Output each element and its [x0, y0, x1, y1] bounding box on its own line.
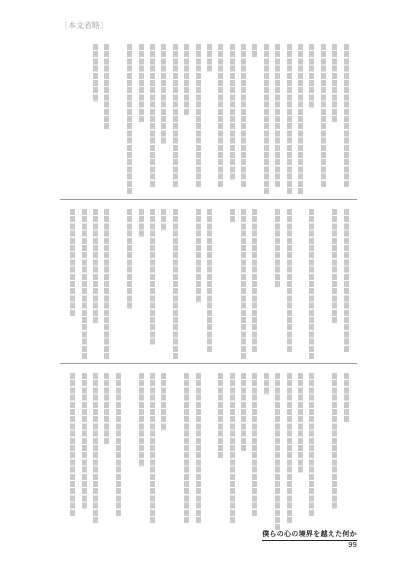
redacted-text-column: [306, 44, 317, 194]
redaction-bar: [207, 44, 212, 73]
redaction-bar: [252, 44, 257, 58]
redacted-text-column: [101, 44, 112, 194]
redaction-bar: [230, 373, 235, 524]
redaction-bar: [173, 209, 178, 360]
blank-line: [215, 209, 226, 359]
redaction-bar: [344, 44, 349, 188]
redaction-bar: [309, 209, 314, 360]
redacted-text-column: [181, 373, 192, 523]
redaction-bar: [70, 373, 75, 517]
redacted-text-column: [272, 44, 283, 194]
redaction-bar: [332, 209, 337, 324]
redacted-text-column: [295, 44, 306, 194]
redaction-bar: [161, 44, 166, 145]
redacted-text-column: [193, 44, 204, 194]
blank-line: [113, 44, 124, 194]
redacted-text-column: [204, 44, 215, 194]
redaction-bar: [82, 209, 87, 360]
redacted-text-column: [136, 209, 147, 359]
redacted-text-column: [261, 373, 272, 523]
redacted-text-column: [79, 373, 90, 523]
running-footer-title: 僕らの心の境界を越えた何か: [262, 529, 357, 541]
redaction-bar: [252, 209, 257, 353]
redacted-text-column: [249, 209, 260, 359]
redaction-bar: [230, 209, 235, 223]
redaction-bar: [139, 44, 144, 123]
redacted-text-column: [147, 373, 158, 523]
redaction-bar: [344, 209, 349, 353]
text-tier-bottom: [60, 373, 352, 523]
redacted-text-column: [227, 373, 238, 523]
redacted-text-column: [261, 44, 272, 194]
redacted-text-column: [318, 44, 329, 194]
redaction-bar: [93, 44, 98, 102]
redacted-text-column: [284, 44, 295, 194]
redacted-text-column: [147, 44, 158, 194]
tier-divider: [60, 199, 357, 200]
redaction-bar: [139, 209, 144, 238]
blank-line: [124, 373, 135, 523]
redaction-bar: [252, 373, 257, 517]
redaction-bar: [275, 44, 280, 188]
redacted-text-column: [124, 44, 135, 194]
redacted-text-column: [306, 373, 317, 523]
redacted-text-column: [90, 44, 101, 194]
redacted-text-column: [113, 373, 124, 523]
blank-line: [318, 209, 329, 359]
redacted-text-column: [238, 44, 249, 194]
redaction-bar: [150, 209, 155, 346]
redacted-text-column: [170, 209, 181, 359]
redaction-bar: [150, 373, 155, 524]
blank-line: [318, 373, 329, 523]
redaction-bar: [287, 44, 292, 195]
redacted-text-column: [101, 209, 112, 359]
redaction-bar: [104, 44, 109, 130]
redacted-text-column: [341, 373, 352, 523]
redacted-text-column: [67, 209, 78, 359]
redacted-text-column: [215, 44, 226, 194]
redacted-text-column: [193, 373, 204, 523]
redacted-text-column: [272, 373, 283, 523]
redaction-bar: [127, 44, 132, 195]
redaction-bar: [332, 373, 337, 510]
redaction-bar: [116, 373, 121, 517]
redaction-bar: [309, 373, 314, 517]
redacted-text-column: [306, 209, 317, 359]
blank-line: [204, 373, 215, 523]
blank-line: [113, 209, 124, 359]
redacted-text-column: [341, 209, 352, 359]
redaction-bar: [275, 209, 280, 288]
redacted-text-column: [238, 373, 249, 523]
redacted-text-column: [204, 209, 215, 359]
blank-line: [261, 209, 272, 359]
redaction-bar: [196, 209, 201, 303]
tier-divider: [60, 363, 357, 364]
redaction-bar: [321, 44, 326, 188]
redacted-text-column: [147, 209, 158, 359]
redacted-text-column: [181, 44, 192, 194]
redaction-bar: [241, 373, 246, 452]
redaction-bar: [196, 44, 201, 188]
redaction-bar: [161, 373, 166, 431]
redaction-bar: [150, 44, 155, 188]
redaction-bar: [93, 209, 98, 324]
redacted-text-column: [90, 373, 101, 523]
redacted-text-column: [124, 209, 135, 359]
redacted-text-column: [136, 373, 147, 523]
redacted-text-column: [341, 44, 352, 194]
redacted-text-column: [284, 209, 295, 359]
redaction-bar: [139, 373, 144, 467]
redaction-bar: [82, 373, 87, 510]
redaction-bar: [309, 44, 314, 109]
redaction-bar: [241, 209, 246, 360]
redacted-text-column: [193, 209, 204, 359]
redaction-bar: [184, 44, 189, 116]
redacted-text-column: [329, 44, 340, 194]
redaction-bar: [104, 373, 109, 445]
redaction-bar: [241, 44, 246, 188]
redacted-text-column: [215, 373, 226, 523]
redaction-bar: [298, 44, 303, 195]
redaction-bar: [173, 44, 178, 188]
redacted-text-column: [329, 209, 340, 359]
redacted-text-column: [67, 373, 78, 523]
redaction-bar: [218, 373, 223, 459]
redaction-bar: [344, 373, 349, 423]
redaction-bar: [218, 44, 223, 188]
redacted-text-column: [158, 209, 169, 359]
redaction-bar: [70, 209, 75, 317]
redaction-bar: [127, 209, 132, 310]
redacted-text-column: [90, 209, 101, 359]
redacted-text-column: [295, 373, 306, 523]
redacted-text-column: [238, 209, 249, 359]
redaction-bar: [230, 44, 235, 181]
redacted-text-column: [272, 209, 283, 359]
redacted-text-column: [136, 44, 147, 194]
redaction-bar: [332, 44, 337, 123]
redacted-text-column: [284, 373, 295, 523]
redaction-bar: [93, 373, 98, 524]
redaction-bar: [275, 373, 280, 531]
redaction-bar: [196, 373, 201, 524]
redaction-bar: [184, 373, 189, 524]
redacted-text-column: [79, 209, 90, 359]
text-tier-top: [60, 44, 352, 194]
redaction-notice: 〔本文省略〕: [60, 20, 108, 31]
redaction-bar: [104, 209, 109, 360]
redacted-text-column: [227, 209, 238, 359]
redacted-text-column: [249, 44, 260, 194]
page-number: 99: [348, 541, 357, 549]
redaction-bar: [207, 209, 212, 353]
redaction-bar: [264, 44, 269, 195]
redacted-text-column: [158, 373, 169, 523]
redaction-bar: [287, 209, 292, 353]
redaction-bar: [287, 373, 292, 524]
redacted-text-column: [329, 373, 340, 523]
redaction-bar: [298, 373, 303, 474]
blank-line: [295, 209, 306, 359]
redacted-text-column: [101, 373, 112, 523]
redaction-bar: [161, 209, 166, 231]
redacted-text-column: [158, 44, 169, 194]
redaction-bar: [264, 373, 269, 395]
blank-line: [181, 209, 192, 359]
blank-line: [170, 373, 181, 523]
redacted-text-column: [227, 44, 238, 194]
redacted-text-column: [170, 44, 181, 194]
redacted-text-column: [249, 373, 260, 523]
text-tier-middle: [60, 209, 352, 359]
